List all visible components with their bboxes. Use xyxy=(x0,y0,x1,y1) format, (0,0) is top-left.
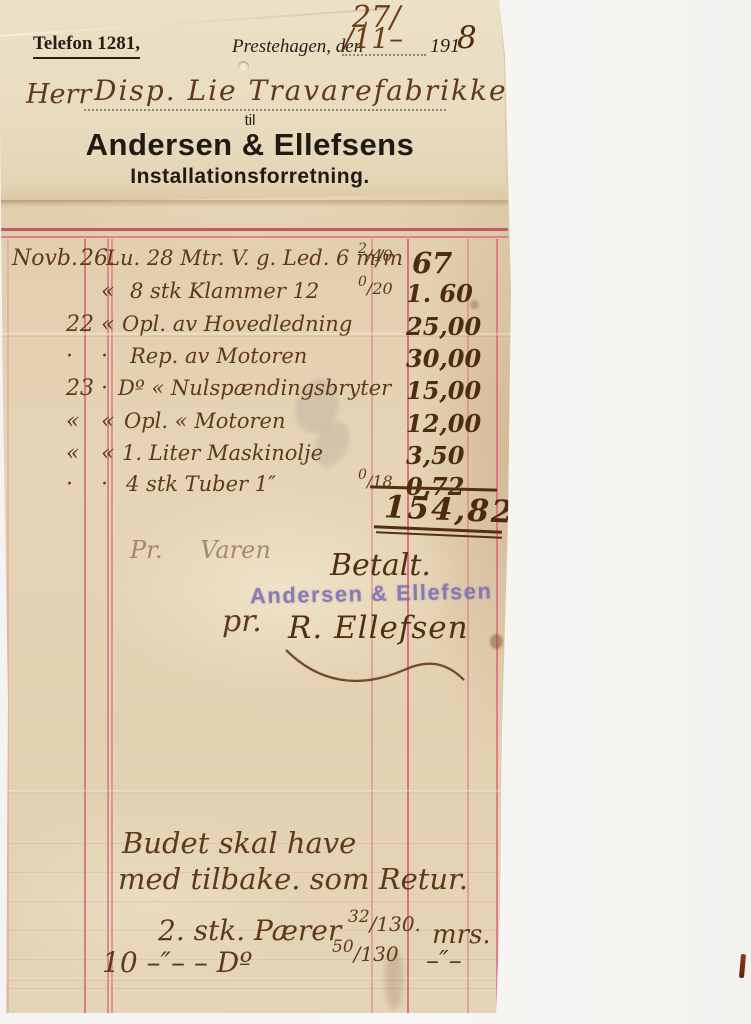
handwritten-year-digit: 8 xyxy=(457,20,477,56)
ledger-description: 8 stk Klammer 12 xyxy=(130,279,319,303)
ledger-amount: 30,00 xyxy=(406,344,481,373)
ledger-ditto: · xyxy=(66,472,73,497)
per-procura-abbr: pr. xyxy=(222,604,262,639)
unit-price-fraction: 2/40 xyxy=(358,246,367,264)
ledger-row: « « Opl. « Motoren 12,00 xyxy=(0,409,505,441)
scanned-invoice-document: Telefon 1281, Prestehagen, den 27/ /11– … xyxy=(0,0,513,1014)
punch-hole xyxy=(238,61,249,72)
ledger-description: Opl. av Hovedledning xyxy=(122,312,352,336)
unit-price-fraction: 0/20 xyxy=(358,279,367,297)
ledger-ditto: « xyxy=(101,409,114,434)
fold-crease xyxy=(0,978,511,981)
unit-price-fraction: 0/18 xyxy=(358,472,367,490)
ledger-row: « 8 stk Klammer 12 0/20 1. 60 xyxy=(0,279,505,311)
ledger-month: Novb. xyxy=(12,246,78,271)
ledger-amount: 3,50 xyxy=(406,441,464,470)
ledger-description: Opl. « Motoren xyxy=(124,409,285,433)
ledger-day: 22 xyxy=(66,312,94,337)
ledger-row: « « 1. Liter Maskinolje 3,50 xyxy=(0,441,505,473)
ledger-amount: 67 xyxy=(412,246,452,280)
signature-flourish xyxy=(278,638,478,698)
ledger-top-rule-thin xyxy=(0,236,508,238)
ledger-day: 23 xyxy=(66,376,94,401)
stain-spot xyxy=(490,634,503,649)
ledger-description: 1. Liter Maskinolje xyxy=(122,441,323,465)
order-line2: 10 –″– – Dº xyxy=(102,946,252,979)
letterhead-bottom-edge-shadow xyxy=(0,200,508,207)
company-subtitle: Installationsforretning. xyxy=(0,165,500,189)
paid-note: Betalt. xyxy=(330,548,431,583)
order-line2-spec: 50/130 xyxy=(332,942,399,966)
invoice-total: 154,82 xyxy=(383,489,515,531)
scan-background: { "letterhead": { "telefon": "Telefon 12… xyxy=(0,0,751,1024)
recipient-name: Disp. Lie Travarefabrikken xyxy=(94,74,528,107)
order-line2-suffix: –″– xyxy=(426,946,462,976)
fold-crease xyxy=(0,790,511,794)
ledger-description: Rep. av Motoren xyxy=(130,344,307,368)
recipient-dotted-line xyxy=(84,108,446,111)
handwritten-month: /11– xyxy=(344,22,403,55)
ledger-ditto: · xyxy=(101,344,108,369)
ledger-row: 23 · Dº « Nulspændingsbryter 15,00 xyxy=(0,376,505,408)
company-stamp: Andersen & Ellefsen xyxy=(250,578,493,609)
ledger-amount: 1. 60 xyxy=(406,279,473,308)
ledger-ditto: « xyxy=(101,312,114,337)
edge-debris-mark xyxy=(739,954,746,978)
recipient-prefix: Herr xyxy=(26,79,91,110)
courier-note-line1: Budet skal have xyxy=(122,826,356,860)
ledger-ditto: · xyxy=(101,376,108,401)
ledger-amount: 15,00 xyxy=(406,376,481,405)
ledger-ditto: « xyxy=(66,441,79,466)
ledger-row: 22 « Opl. av Hovedledning 25,00 xyxy=(0,312,505,344)
ledger-ditto: · xyxy=(66,344,73,369)
courier-note-line2: med tilbake. som Retur. xyxy=(118,862,468,896)
company-name: Andersen & Ellefsens xyxy=(0,127,500,163)
telefon-number: Telefon 1281, xyxy=(33,33,140,59)
ledger-description: 4 stk Tuber 1″ xyxy=(126,472,276,496)
ledger-row: Novb. 26. Lu. 28 Mtr. V. g. Led. 6 m/m 2… xyxy=(0,246,505,278)
pr-varen-note: Pr. Varen xyxy=(130,536,271,564)
ledger-row: · · Rep. av Motoren 30,00 xyxy=(0,344,505,376)
ledger-amount: 25,00 xyxy=(406,312,481,341)
ledger-description: Dº « Nulspændingsbryter xyxy=(118,376,391,400)
ledger-ditto: « xyxy=(66,409,79,434)
ledger-ditto: · xyxy=(101,472,108,497)
printed-year: 191 xyxy=(430,35,460,58)
order-line1-spec: 32/130. xyxy=(348,912,421,936)
ledger-ditto: « xyxy=(101,441,114,466)
ledger-amount: 12,00 xyxy=(406,409,481,438)
ledger-top-rule-thick xyxy=(0,228,508,231)
ledger-day: « xyxy=(101,279,114,304)
order-line1: 2. stk. Pærer xyxy=(158,914,341,947)
